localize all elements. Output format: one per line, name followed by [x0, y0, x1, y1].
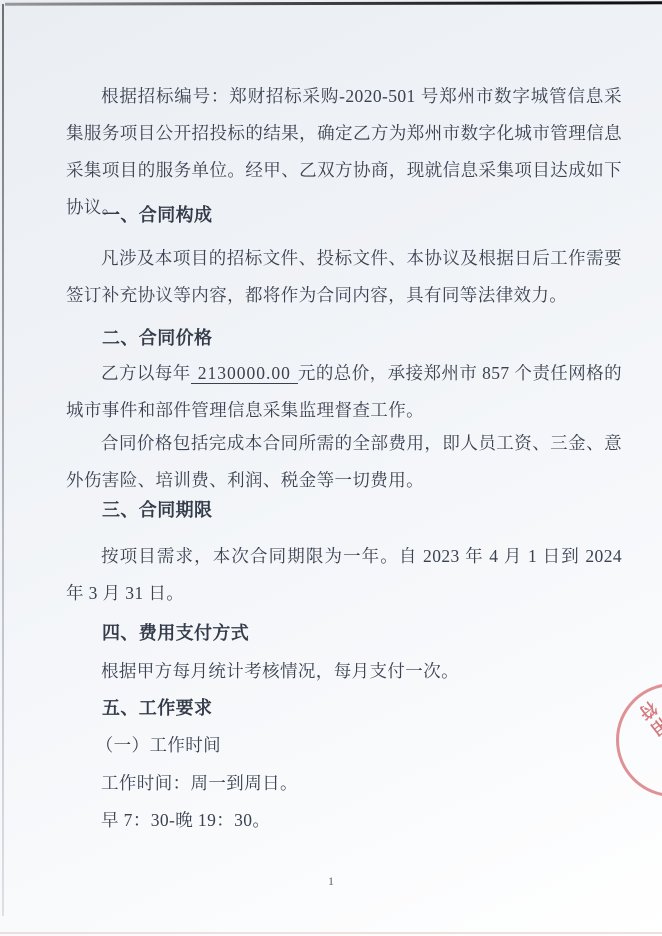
- scan-edge-bottom: [0, 932, 662, 934]
- scan-edge-top: [5, 1, 662, 5]
- section-2-heading: 二、合同价格: [66, 320, 622, 357]
- red-verification-stamp: 与原件相符: [616, 683, 662, 797]
- work-hours-line-1: 工作时间：周一到周日。: [66, 765, 622, 802]
- price-text-before: 乙方以每年: [101, 363, 191, 383]
- price-note-paragraph: 合同价格包括完成本合同所需的全部费用，即人员工资、三金、意外伤害险、培训费、利润…: [66, 425, 622, 499]
- page-number: 1: [0, 874, 662, 889]
- section-5-sub-heading: （一）工作时间: [66, 727, 622, 764]
- contract-price-paragraph: 乙方以每年2130000.00元的总价，承接郑州市 857 个责任网格的城市事件…: [66, 355, 622, 429]
- section-3-body: 按项目需求，本次合同期限为一年。自 2023 年 4 月 1 日到 2024 年…: [66, 538, 622, 612]
- contract-amount-underlined: 2130000.00: [191, 363, 298, 384]
- stamp-text: 与原件相符: [632, 693, 662, 787]
- section-3-heading: 三、合同期限: [66, 492, 622, 529]
- work-hours-line-2: 早 7：30-晚 19：30。: [66, 802, 622, 839]
- section-5-heading: 五、工作要求: [66, 690, 622, 727]
- section-1-heading: 一、合同构成: [66, 197, 622, 234]
- scan-edge-left: [2, 4, 4, 916]
- section-1-body: 凡涉及本项目的招标文件、投标文件、本协议及根据日后工作需要签订补充协议等内容，都…: [66, 240, 622, 314]
- section-4-heading: 四、费用支付方式: [66, 615, 622, 652]
- scanned-contract-page: 根据招标编号：郑财招标采购-2020-501 号郑州市数字城管信息采集服务项目公…: [0, 0, 662, 936]
- section-4-body: 根据甲方每月统计考核情况，每月支付一次。: [66, 653, 622, 690]
